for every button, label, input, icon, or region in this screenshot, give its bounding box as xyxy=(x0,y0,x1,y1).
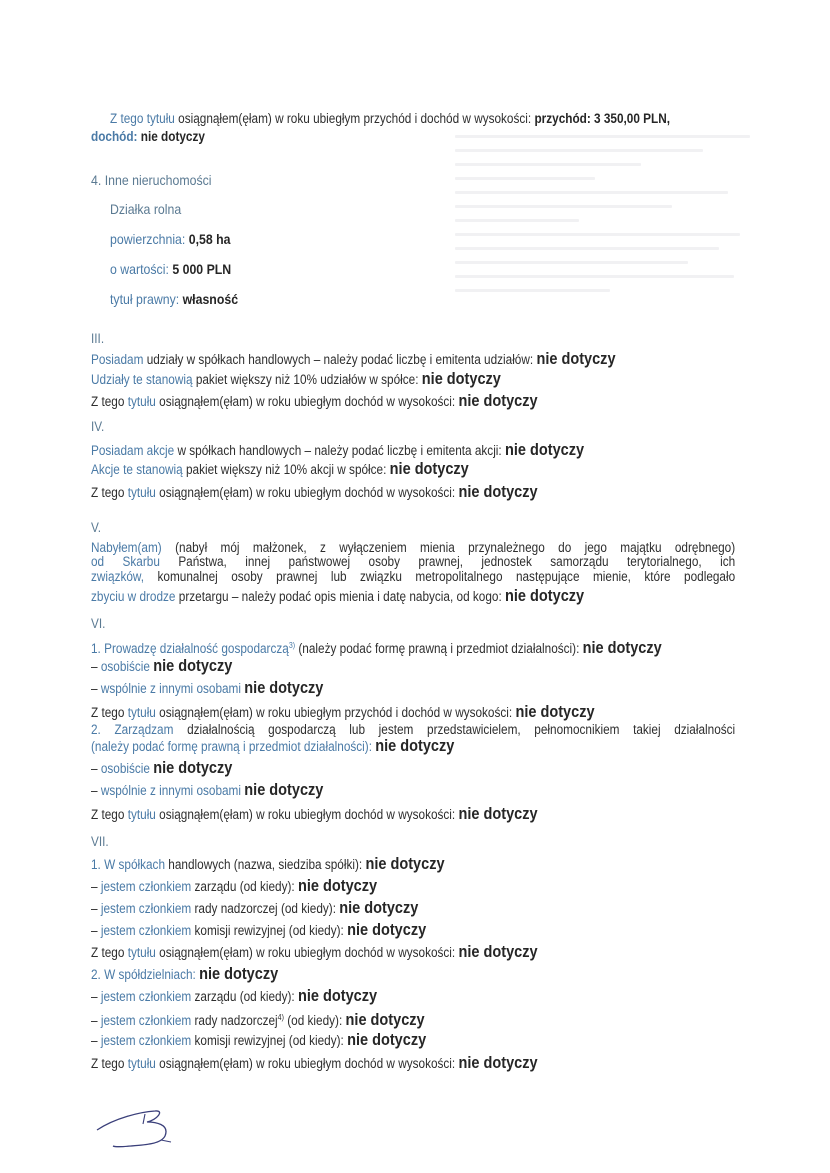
shares-income-line: Z tego tytułu osiągnąłem(ęłam) w roku ub… xyxy=(91,393,538,410)
stocks-income-line: Z tego tytułu osiągnąłem(ęłam) w roku ub… xyxy=(91,484,538,501)
business-joint-line: – wspólnie z innymi osobami nie dotyczy xyxy=(91,680,323,697)
property-heading: 4. Inne nieruchomości xyxy=(91,172,212,188)
management-line-2: (należy podać formę prawną i przedmiot d… xyxy=(91,738,454,755)
companies-item: – jestem członkiem zarządu (od kiedy): n… xyxy=(91,878,377,895)
cooperatives-income-line: Z tego tytułu osiągnąłem(ęłam) w roku ub… xyxy=(91,1055,538,1072)
acquired-line-2: od Skarbu Państwa, innej państwowej osob… xyxy=(91,554,735,570)
section-v-heading: V. xyxy=(91,520,101,536)
business-income-line: Z tego tytułu osiągnąłem(ęłam) w roku ub… xyxy=(91,704,595,721)
section-vi-heading: VI. xyxy=(91,616,105,632)
income-line-property-2: dochód: nie dotyczy xyxy=(91,129,205,145)
acquired-line-4: zbyciu w drodze przetargu – należy podać… xyxy=(91,588,584,605)
management-joint-line: – wspólnie z innymi osobami nie dotyczy xyxy=(91,782,323,799)
business-line: 1. Prowadzę działalność gospodarczą3) (n… xyxy=(91,638,662,657)
signature-icon xyxy=(95,1100,215,1160)
stocks-line: Posiadam akcje w spółkach handlowych – n… xyxy=(91,442,584,459)
stocks-percent-line: Akcje te stanowią pakiet większy niż 10%… xyxy=(91,461,469,478)
companies-item: – jestem członkiem komisji rewizyjnej (o… xyxy=(91,922,426,939)
cooperatives-item: – jestem członkiem zarządu (od kiedy): n… xyxy=(91,988,377,1005)
companies-item: – jestem członkiem rady nadzorczej (od k… xyxy=(91,900,418,917)
cooperatives-item: – jestem członkiem komisji rewizyjnej (o… xyxy=(91,1032,426,1049)
property-area: powierzchnia: 0,58 ha xyxy=(110,231,231,247)
companies-income-line: Z tego tytułu osiągnąłem(ęłam) w roku ub… xyxy=(91,944,538,961)
cooperatives-line: 2. W spółdzielniach: nie dotyczy xyxy=(91,966,278,983)
cooperatives-item: – jestem członkiem rady nadzorczej4) (od… xyxy=(91,1010,425,1029)
business-personal-line: – osobiście nie dotyczy xyxy=(91,658,232,675)
shares-line: Posiadam udziały w spółkach handlowych –… xyxy=(91,351,616,368)
management-line-1: 2. Zarządzam działalnością gospodarczą l… xyxy=(91,722,735,738)
companies-line: 1. W spółkach handlowych (nazwa, siedzib… xyxy=(91,856,445,873)
section-iii-heading: III. xyxy=(91,331,104,347)
section-iv-heading: IV. xyxy=(91,419,104,435)
declaration-page: Z tego tytułu osiągnąłem(ęłam) w roku ub… xyxy=(0,0,830,1173)
acquired-line-3: związków, komunalnej osoby prawnej lub z… xyxy=(91,569,735,585)
property-type: Działka rolna xyxy=(110,201,181,217)
property-value: o wartości: 5 000 PLN xyxy=(110,261,231,277)
income-line-property: Z tego tytułu osiągnąłem(ęłam) w roku ub… xyxy=(110,111,670,127)
show-through-text xyxy=(455,135,765,365)
section-vii-heading: VII. xyxy=(91,834,109,850)
management-personal-line: – osobiście nie dotyczy xyxy=(91,760,232,777)
shares-percent-line: Udziały te stanowią pakiet większy niż 1… xyxy=(91,371,501,388)
property-legal-title: tytuł prawny: własność xyxy=(110,291,238,307)
income-value: przychód: 3 350,00 PLN, xyxy=(534,111,670,126)
management-income-line: Z tego tytułu osiągnąłem(ęłam) w roku ub… xyxy=(91,806,538,823)
